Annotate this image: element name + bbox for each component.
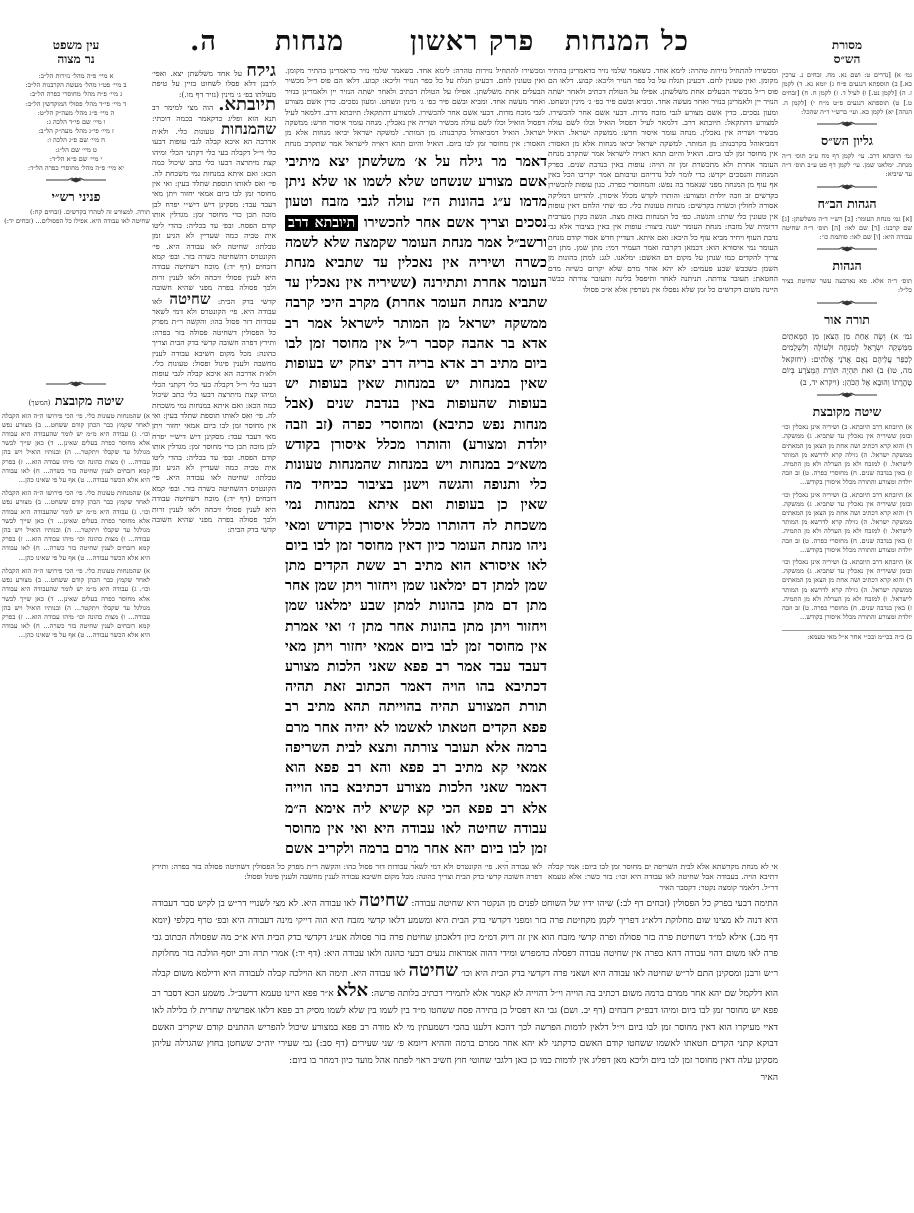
torah-or-text: גמ׳ א) וְשֶׂה אַחַת מִן הַצֹּאן מִן הַמָ… xyxy=(782,331,912,389)
ornament-divider-icon xyxy=(46,381,106,387)
tosafot-bottom-text: לאו עבודה היא. פי׳ הקונטרס ולא דמי לשאר … xyxy=(152,862,542,883)
shita-mekubetzet-title-left: שיטה מקובצת (המשך) xyxy=(2,393,150,409)
shita-title-text: שיטה מקובצת xyxy=(55,393,124,408)
rashi-bottom: אי לא מנחת מקדשתא אלא לבית השריפה ים מחו… xyxy=(548,862,778,892)
gemara-main-text: דאמר מר גילח על א׳ משלשתן יצא מיתיבי אשם… xyxy=(285,152,547,862)
shita-mekubetzet-text-right: א) תיובתא דרב תיובתא. ב) ושיריה אינן נאכ… xyxy=(782,423,912,487)
rashi-bottom-text: אי לא מנחת מקדשתא אלא לבית השריפה ים מחו… xyxy=(548,862,778,892)
footnote-right: ב) כ״ה בכי״מ ובכ״י אחר א״ל מאי טעמא: xyxy=(782,630,912,642)
hagahot-text: תוס׳ ד״ה אלא. פא נארבעה עשר שחיטת בציר כ… xyxy=(782,277,912,295)
header-tractate-chapter: כל המנחות xyxy=(565,26,689,57)
hagahot-habach-text: [א] גמ׳ מנחת העומר: [ב] רש״י ד״ה משלשתן:… xyxy=(782,215,912,243)
ornament-divider-icon xyxy=(817,392,877,398)
ornament-divider-icon xyxy=(817,246,877,252)
teyuvta-highlight: תיובתא דרב xyxy=(285,215,358,231)
ein-mishpat-entries: א מיי׳ פ״ה מהל׳ נזירות הל״ב: ב מיי׳ פט״ו… xyxy=(2,72,150,173)
rashi-text: ומכשירו להתחיל נזירות טהרה: לימא אחד. כש… xyxy=(548,66,778,295)
ein-mishpat-entry: ו מיי׳ שם פי״ד הלכה ג: xyxy=(2,118,150,127)
penini-entry: שחיטה לאו עבודה היא. אפילו כל הפסולים...… xyxy=(2,217,150,226)
ein-mishpat-entry: ה מיי׳ פ״ג מהל׳ מעה״ק הל״ט: xyxy=(2,109,150,118)
tosafot-bottom: לאו עבודה היא. פי׳ הקונטרס ולא דמי לשאר … xyxy=(152,862,542,892)
ein-mishpat-entry: ב מיי׳ פט״ו מהל׳ מעשה הקרבנות הל״ב: xyxy=(2,81,150,90)
ein-mishpat-entry: ז מיי׳ פי״ג מהל׳ מעה״ק הל״ב: xyxy=(2,127,150,136)
header-tractate: מנחות xyxy=(275,26,344,57)
shita-mekubetzet-text-left: א) שהמנחות טעונות כלי. פי׳ הכי פירושו ה״… xyxy=(2,412,150,486)
gemara-heading-words: דאמר מר גילח xyxy=(459,154,547,170)
left-sidebar: עין משפט נר מצוה א מיי׳ פ״ה מהל׳ נזירות … xyxy=(2,38,150,1208)
penini-rashi-entries: תורה. למצורע זה לטהרו בקדשים. (זבחים קח:… xyxy=(2,208,150,226)
rashi-column: ומכשירו להתחיל נזירות טהרה: לימא אחד. כש… xyxy=(548,66,778,861)
bottom-commentary-text: התימה דבעי בפרק כל הפסולין (זבחים דף לב:… xyxy=(152,893,778,1087)
gemara-paragraph: דאמר מר גילח על א׳ משלשתן יצא מיתיבי אשם… xyxy=(285,152,547,862)
tosafot-paragraph: לאו עבודה היא. פי׳ הקונטרס ולא דמי לשאר … xyxy=(152,297,276,368)
masoret-hashas-title: מסורת הש״ס xyxy=(782,38,912,66)
ein-mishpat-entry: ט מיי׳ שם הל״ג: xyxy=(2,146,150,155)
torah-or-title: תורה אור xyxy=(782,312,912,328)
bottom-paragraph: לאו עבודה היא. לא מצי לשנויי דר״ש בן לקי… xyxy=(152,899,778,979)
gilyon-hashas-title: גליון הש״ס xyxy=(782,133,912,149)
hagahot-title: הגהות xyxy=(782,258,912,274)
tosafot-dibur-hamatchil: שהמנחות xyxy=(221,120,276,138)
masoret-title-line2: הש״ס xyxy=(782,52,912,66)
rashi-top-text: ומכשירו להתחיל נזירות טהרה: לימא אחד. כש… xyxy=(285,66,545,150)
gilyon-hashas-text: גמ׳ תיובתא דרב. עי׳ לקמן דף מח ע״ב תוס׳ … xyxy=(782,152,912,180)
shita-mekubetzet-text-right-cont: א) תיובתא דרב תיובתא. ב) ושיריה אינן נאכ… xyxy=(782,491,912,555)
header-folio: ה. xyxy=(190,26,217,57)
gemara-text-2: ורשב״ל אמר מנחת העומר שקמצה שלא לשמה כשר… xyxy=(285,235,547,862)
ein-mishpat-entry: יא מיי׳ פ״ה מהל׳ מחוסרי כפרה הל״ד: xyxy=(2,164,150,173)
ornament-divider-icon xyxy=(817,184,877,190)
ornament-divider-icon xyxy=(817,121,877,127)
bottom-commentary: התימה דבעי בפרק כל הפסולין (זבחים דף לב:… xyxy=(152,893,778,1193)
masoret-hashas-text: גמ׳ א) [נדרים ט: ושם נא. מח. זבחים נ. ער… xyxy=(782,71,912,117)
shita-mekubetzet-text-left-cont2: א) שהמנחות טעונות כלי. פי׳ הכי פירושו ה״… xyxy=(2,567,150,641)
ein-mishpat-entry: ד מיי׳ פי״ד מהל׳ פסולי המוקדשין הל״ב: xyxy=(2,100,150,109)
header-chapter: פרק ראשון xyxy=(410,26,534,57)
shita-mekubetzet-text-right-cont2: א) תיובתא דרב תיובתא. ב) ושיריה אינן נאכ… xyxy=(782,558,912,622)
ein-mishpat-entry: ג מיי׳ פ״ח מהל׳ מחוסרי כפרה הל״ב: xyxy=(2,90,150,99)
shita-mekubetzet-title-right: שיטה מקובצת xyxy=(782,404,912,420)
bottom-dibur-hamatchil: שחיטה xyxy=(359,893,408,911)
penini-rashi-title: פניני רש״י xyxy=(2,189,150,205)
penini-entry: תורה. למצורע זה לטהרו בקדשים. (זבחים קח:… xyxy=(2,208,150,217)
tosafot-column: גילח על אחד משלשתן יצא. ואפי׳ לרבנן דלא … xyxy=(152,66,276,866)
ein-mishpat-title-line2: נר מצוה xyxy=(2,52,150,66)
ein-mishpat-entry: א מיי׳ פ״ה מהל׳ נזירות הל״ב: xyxy=(2,72,150,81)
hagahot-habach-title: הגהות הב״ח xyxy=(782,196,912,212)
shita-note: (המשך) xyxy=(28,399,50,407)
bottom-paragraph: התימה דבעי בפרק כל הפסולין (זבחים דף לב:… xyxy=(411,899,778,909)
masoret-title-line1: מסורת xyxy=(782,38,912,52)
tosafot-text: גילח על אחד משלשתן יצא. ואפי׳ לרבנן דלא … xyxy=(152,66,276,536)
ein-mishpat-entry: ח מיי׳ שם פ״ג הלכה ו: xyxy=(2,136,150,145)
tosafot-paragraph-cont: טעונות כלי. ולא׳ת אדרבה הא איכא קבלה לגב… xyxy=(152,359,276,535)
bottom-dibur-hamatchil: שחיטה xyxy=(409,960,458,981)
tosafot-dibur-hamatchil: שחיטה xyxy=(169,290,210,308)
ein-mishpat-title: עין משפט נר מצוה xyxy=(2,38,150,66)
bottom-last-word: האיר xyxy=(152,1070,778,1087)
ornament-divider-icon xyxy=(46,177,106,183)
tosafot-dibur-hamatchil: תיובתא. xyxy=(218,94,276,115)
ein-mishpat-entry: י מיי׳ שם פ״א הל״ד: xyxy=(2,155,150,164)
ein-mishpat-title-line1: עין משפט xyxy=(2,38,150,52)
tosafot-paragraph: טעונות כלי. ולא׳ת אדרבה הא איכא קבלה לגב… xyxy=(152,127,276,306)
shita-mekubetzet-text-left-cont: א) שהמנחות טעונות כלי. פי׳ הכי פירושו ה״… xyxy=(2,489,150,563)
rashi-top-band: ומכשירו להתחיל נזירות טהרה: לימא אחד. כש… xyxy=(285,66,545,150)
ornament-divider-icon xyxy=(817,300,877,306)
bottom-paragraph: א״ר פפא היינו טעמא דרשב״ל. משמע הכא דסבר… xyxy=(152,989,778,1066)
bottom-dibur-hamatchil: אלא xyxy=(337,980,369,1001)
right-sidebar: מסורת הש״ס גמ׳ א) [נדרים ט: ושם נא. מח. … xyxy=(782,38,912,1208)
